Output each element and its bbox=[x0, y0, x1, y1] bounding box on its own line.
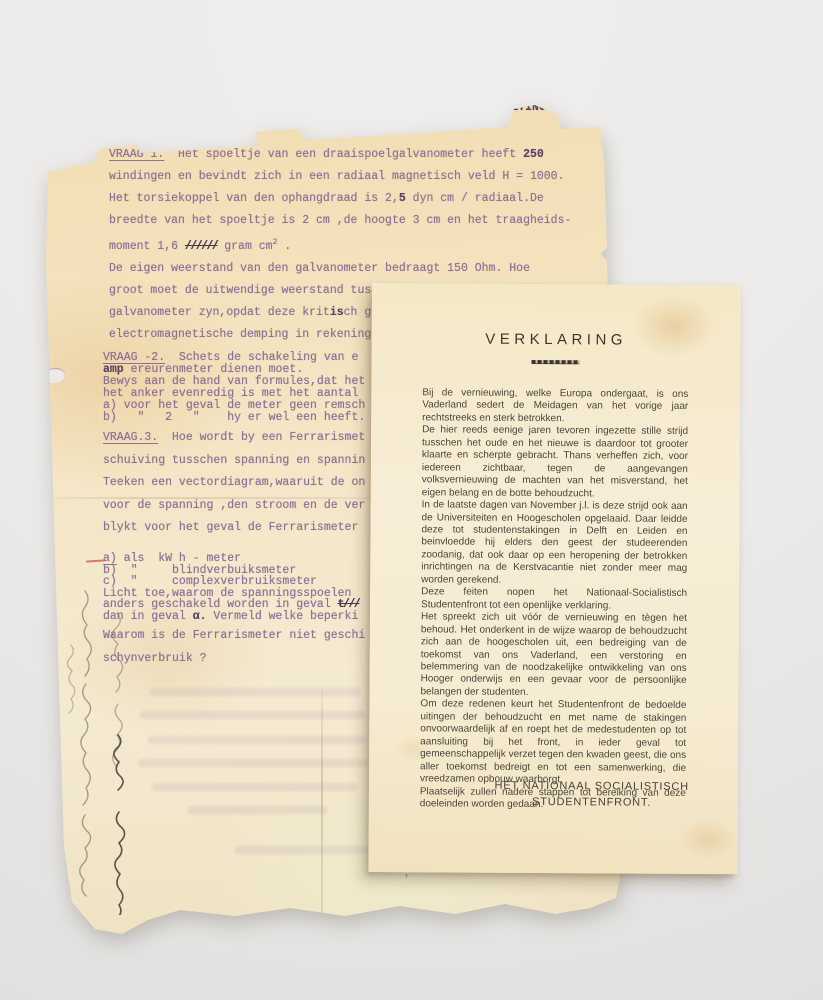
bleed-through-text bbox=[188, 806, 328, 814]
typewritten-segment: Teeken een vectordiagram,waaruit de on bbox=[103, 476, 365, 489]
typewritten-line: breedte van het spoeltje is 2 cm ,de hoo… bbox=[109, 210, 571, 232]
declaration-title: VERKLARING bbox=[372, 330, 741, 349]
question-3-block: VRAAG.3. Hoe wordt by een Ferrarismetsch… bbox=[103, 427, 365, 540]
handwritten-marginalia bbox=[55, 585, 165, 915]
bleed-through-text bbox=[138, 759, 368, 767]
typewritten-segment: VRAAG 1. bbox=[109, 148, 164, 161]
typewritten-segment: ////// bbox=[185, 240, 217, 253]
bleed-through-text bbox=[150, 688, 360, 696]
typewritten-line: VRAAG 1. Het spoeltje van een draaispoel… bbox=[109, 144, 571, 166]
typewritten-line: moment 1,6 ////// gram cm2 . bbox=[109, 232, 571, 258]
typewritten-segment: breedte van het spoeltje is 2 cm ,de hoo… bbox=[109, 214, 571, 227]
typewritten-segment: VRAAG.3. bbox=[103, 431, 158, 444]
bleed-through-text bbox=[148, 736, 366, 744]
signature-line-1: HET NATIONAAL SOCIALISTISCH bbox=[494, 778, 688, 795]
typewritten-segment: 250 bbox=[523, 148, 544, 161]
typewritten-line: b) " 2 " hy er wel een heeft. bbox=[103, 412, 365, 424]
typewritten-segment: Hoe wordt by een Ferrarismet bbox=[158, 431, 365, 444]
typewritten-segment: electromagnetische demping in rekening bbox=[109, 328, 371, 341]
typewritten-segment: galvanometer zyn,opdat deze krit bbox=[109, 306, 330, 319]
typewritten-segment: groot moet de uitwendige weerstand tus bbox=[109, 284, 371, 297]
typewritten-segment: Vermeld welke beperki bbox=[207, 610, 359, 623]
typewritten-segment: moment 1,6 bbox=[109, 240, 185, 253]
typewritten-line: Het torsiekoppel van den ophangdraad is … bbox=[109, 188, 571, 210]
bleed-through-text bbox=[140, 711, 365, 719]
typewritten-line: blykt voor het geval de Ferrarismeter bbox=[103, 517, 365, 540]
typewritten-segment: De eigen weerstand van den galvanometer … bbox=[109, 262, 530, 275]
bleed-through-text bbox=[235, 846, 370, 854]
declaration-paragraph: Bij de vernieuwing, welke Europa onderga… bbox=[422, 387, 688, 426]
typewritten-segment: ch g bbox=[344, 306, 372, 319]
typewritten-segment: Candidaatsexamen . Electrotechniek. JUNI… bbox=[111, 101, 435, 114]
typewritten-segment: gram cm bbox=[217, 240, 272, 253]
declaration-paragraph: Om deze redenen keurt het Studentenfront… bbox=[420, 699, 687, 788]
typewritten-segment: windingen en bevindt zich in een radiaal… bbox=[109, 170, 564, 183]
typewritten-line: windingen en bevindt zich in een radiaal… bbox=[109, 166, 571, 188]
declaration-signature: HET NATIONAAL SOCIALISTISCH STUDENTENFRO… bbox=[494, 778, 689, 811]
typewritten-segment: 5 bbox=[399, 192, 406, 205]
typewritten-segment: dyn cm / radiaal.De bbox=[406, 192, 544, 205]
declaration-leaflet: VERKLARING Bij de vernieuwing, welke Eur… bbox=[368, 283, 741, 874]
typewritten-line: VRAAG.3. Hoe wordt by een Ferrarismet bbox=[103, 427, 365, 450]
typewritten-line: Teeken een vectordiagram,waaruit de on bbox=[103, 472, 365, 495]
signature-line-2: STUDENTENFRONT. bbox=[494, 794, 688, 811]
typewritten-segment: . bbox=[277, 240, 291, 253]
typewritten-line: De eigen weerstand van den galvanometer … bbox=[109, 258, 571, 280]
typewritten-segment: blykt voor het geval de Ferrarismeter bbox=[103, 521, 358, 534]
typewritten-segment: schuiving tusschen spanning en spannin bbox=[103, 454, 365, 467]
typewritten-segment: Het torsiekoppel van den ophangdraad is … bbox=[109, 192, 399, 205]
typewritten-segment: Het spoeltje van een draaispoelgalvanome… bbox=[164, 148, 523, 161]
typewritten-segment: b) " 2 " hy er wel een heeft. bbox=[103, 411, 365, 424]
typewritten-line: voor de spanning ,den stroom en de ver bbox=[103, 495, 365, 518]
typewritten-line: Candidaatsexamen . Electrotechniek. JUNI… bbox=[111, 97, 567, 119]
question-2-block: VRAAG -2. Schets de schakeling van eamp … bbox=[103, 352, 365, 424]
bleed-through-text bbox=[152, 783, 357, 791]
typewritten-segment: voor de spanning ,den stroom en de ver bbox=[103, 499, 365, 512]
typewritten-line: schuiving tusschen spanning en spannin bbox=[103, 450, 365, 473]
exam-header-line: Candidaatsexamen . Electrotechniek. JUNI… bbox=[111, 97, 567, 119]
declaration-paragraph: De hier reeds eenige jaren tevoren ingez… bbox=[422, 425, 688, 501]
declaration-body: Bij de vernieuwing, welke Europa onderga… bbox=[420, 387, 689, 812]
photo-of-documents: Candidaatsexamen . Electrotechniek. JUNI… bbox=[0, 0, 823, 1000]
declaration-paragraph: Het spreekt zich uit vóór de vernieuwing… bbox=[420, 611, 687, 700]
declaration-paragraph: Deze feiten nopen het Nationaal-Socialis… bbox=[421, 587, 687, 614]
typewritten-segment: α. bbox=[193, 610, 207, 623]
typewritten-segment bbox=[435, 101, 504, 114]
typewritten-segment: is bbox=[330, 306, 344, 319]
declaration-paragraph: In de laatste dagen van November j.l. is… bbox=[421, 499, 688, 588]
title-underline-rule bbox=[532, 360, 580, 364]
typewritten-segment: METINGEN. bbox=[504, 101, 566, 114]
